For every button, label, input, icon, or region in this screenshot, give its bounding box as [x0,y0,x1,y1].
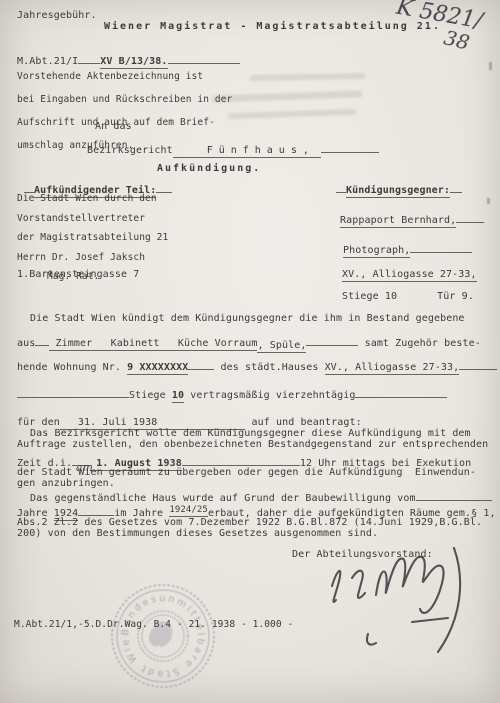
blank [416,491,492,501]
document-title: Aufkündigung. [157,163,261,174]
house-label: des städt.Hauses [214,362,324,373]
door-value: Tür 9. [437,291,474,302]
termination-date-line: für den31. Juli 1938 auf und beantragt: [17,417,362,428]
document-header-title: Wiener Magistrat - Magistratsabteilung 2… [104,21,441,32]
file-reference-line: M.Abt.21/IXV B/13/38. [17,54,240,67]
stair-number: 10 [172,390,184,403]
file-ref-value: XV B/13/38. [100,56,167,69]
official-round-stamp: Bundesunmittelbare Stadt Wien [95,578,235,698]
blank [355,388,447,398]
right-party-stair-door: Stiege 10Tür 9. [342,291,474,302]
request-paragraph-line1: Das Bezirksgericht wolle dem Kündigungsg… [30,428,471,439]
left-party-line: Herrn Dr. Josef Jaksch [17,252,145,263]
blank [456,213,484,223]
faint-stamp-mark [250,73,365,81]
fuer-den-label: für den [17,417,60,428]
blank [188,360,214,370]
blank [24,183,34,193]
blank [35,336,49,346]
scanned-document-page: Jahresgebühr. Wiener Magistrat - Magistr… [0,0,500,703]
beantragt-text: auf und beantragt: [245,417,361,428]
faint-stamp-mark [212,90,362,102]
rooms-added: , Spüle, [257,340,306,353]
instruction-note: Vorstehende Aktenbezeichnung ist bei Ein… [17,71,232,152]
file-ref-blank [78,54,100,64]
faint-stamp-mark [228,109,356,119]
law-paragraph-line1: Abs.2 Zl.2 des Gesetzes vom 7.Dezember 1… [17,517,482,528]
vacate-paragraph-line2: gen anzubringen. [17,478,115,489]
contract-terms: vertragsmäßig vierzehntägig [184,390,355,401]
flat-line: hende Wohnung Nr. 9 XXXXXXXX des städt.H… [17,360,497,373]
edge-speck [487,198,490,204]
court-blank [321,143,379,153]
stair-line: Stiege 10 vertragsmäßig vierzehntägig [17,388,447,401]
court-name: Fünfhaus, [173,145,321,158]
fee-note: Jahresgebühr. [17,10,97,21]
blank [410,243,472,253]
blank [450,183,462,193]
blank [459,360,497,370]
request-paragraph-line2: Auftrage zustellen, den obenbezeichneten… [17,439,488,450]
footer-imprint: M.Abt.21/1,-5.D.Dr.Wag. B.4 - 21. 1938 -… [14,619,293,630]
court-label: Bezirksgericht [87,145,173,156]
left-party-address: 1.Bartensteingasse 7 [17,269,139,280]
left-party-line: Die Stadt Wien durch den [17,193,157,204]
court-line: BezirksgerichtFünfhaus, [87,143,379,156]
edge-speck [489,62,492,70]
body-intro: Die Stadt Wien kündigt dem Kündigungsgeg… [30,313,465,324]
blank [78,506,114,516]
right-party-occupation: Photograph, [343,245,410,258]
right-party-address-line: XV., Alliogasse 27-33, [342,269,477,280]
house-address: XV., Alliogasse 27-33, [325,362,460,375]
aus-label: aus [17,338,35,349]
rooms-list: Zimmer Kabinett Küche Vorraum [49,338,257,351]
note-line: bei Eingaben und Rückschreiben in der [17,94,232,105]
blank [17,388,129,398]
law-paragraph-line2: 200) von den Bestimmungen dieses Gesetze… [17,528,378,539]
handwritten-signature [296,540,486,670]
right-party-heading-line: Kündigungsgegner: [336,183,462,196]
vacate-paragraph-line1: der Stadt Wien geräumt zu übergeben oder… [17,467,476,478]
left-party-line: der Magistratsabteilung 21 [17,232,168,243]
left-party-line: Vorstandstellvertreter [17,213,145,224]
right-party-occupation-line: Photograph, [343,243,472,256]
building-permit-line: Das gegenständliche Haus wurde auf Grund… [30,491,492,504]
flat-label: hende Wohnung Nr. [17,362,127,373]
flat-number: 9 XXXXXXXX [127,362,188,375]
zugehoer-text: samt Zugehör beste- [358,338,480,349]
handwritten-file-number-year: 38 [441,25,472,54]
addressee-intro: An das [95,121,132,132]
blank [306,336,358,346]
right-party-heading: Kündigungsgegner: [346,185,450,198]
file-ref-trailing-blank [168,54,240,64]
year-built-value: 1924/25 [169,505,208,517]
right-party-name-line: Rappaport Bernhard, [340,213,484,226]
note-line: Vorstehende Aktenbezeichnung ist [17,71,203,82]
file-ref-label: M.Abt.21/I [17,56,78,67]
right-party-address: XV., Alliogasse 27-33, [342,269,477,282]
stair-value: Stiege 10 [342,291,397,302]
stair-label: Stiege [129,390,172,401]
rooms-line: aus Zimmer Kabinett Küche Vorraum, Spüle… [17,336,481,349]
blank [336,183,346,193]
blank [182,456,300,466]
permit-text: Das gegenständliche Haus wurde auf Grund… [30,493,416,504]
blank [156,183,172,193]
right-party-name: Rappaport Bernhard, [340,215,456,228]
